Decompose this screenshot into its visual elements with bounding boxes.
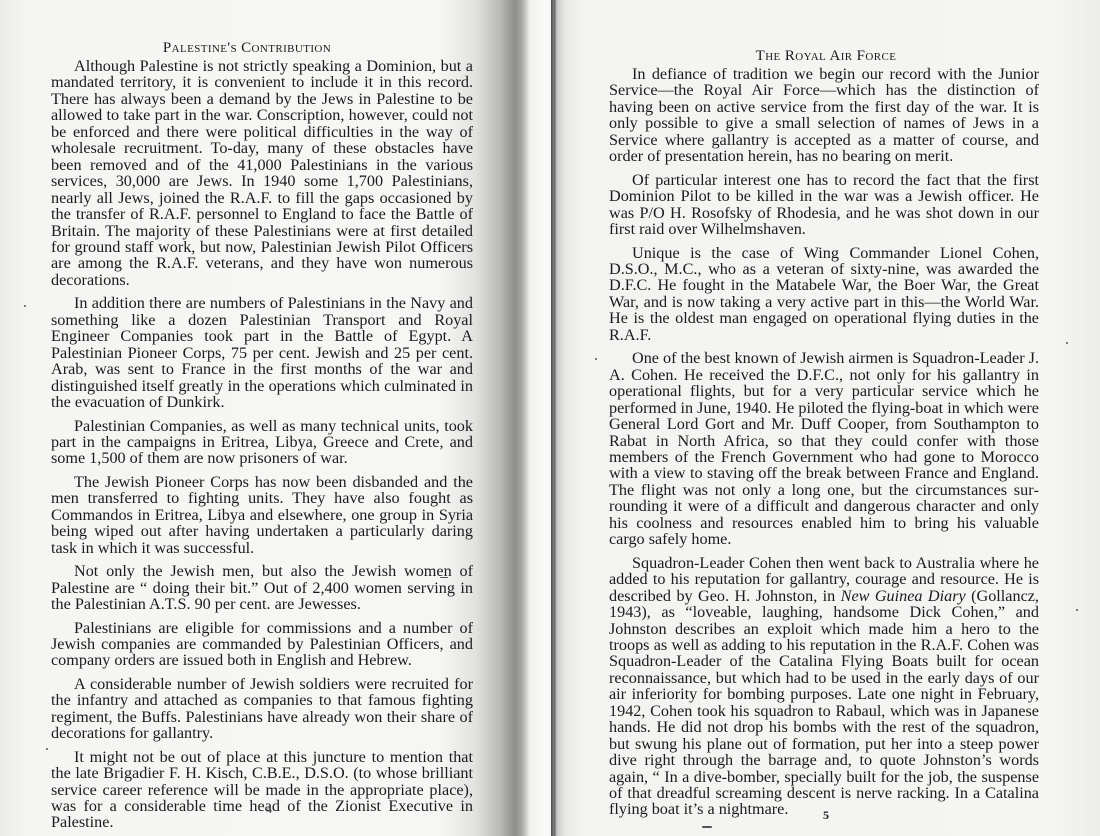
paragraph: Not only the Jewish men, but also the Je… bbox=[51, 563, 473, 612]
page-number-right: 5 bbox=[823, 808, 829, 823]
book-spread: Palestine's Contribution Although Palest… bbox=[0, 0, 1100, 836]
print-speck bbox=[595, 358, 597, 360]
right-page-text: The Royal Air Force In defiance of tradi… bbox=[609, 48, 1039, 825]
paragraph-text: (Gollancz, 1943), as “loveable, laughing… bbox=[609, 587, 1039, 819]
paragraph: Palestinians are eligible for commission… bbox=[51, 620, 473, 669]
page-number-left: 4 bbox=[266, 802, 272, 817]
paragraph: A considerable number of Jewish soldiers… bbox=[51, 676, 473, 742]
binding-fold bbox=[551, 0, 554, 836]
paragraph: The Jewish Pioneer Corps has now been di… bbox=[51, 474, 473, 556]
print-speck bbox=[46, 748, 48, 750]
book-title: New Guinea Diary bbox=[841, 587, 966, 605]
left-page-text: Palestine's Contribution Although Palest… bbox=[51, 40, 473, 836]
print-speck bbox=[1076, 609, 1078, 611]
print-speck bbox=[702, 826, 712, 828]
paragraph: Squadron-Leader Cohen then went back to … bbox=[609, 555, 1039, 818]
paragraph: One of the best known of Jewish airmen i… bbox=[609, 350, 1039, 547]
print-speck bbox=[440, 577, 448, 578]
paragraph: Palestinian Companies, as well as many t… bbox=[51, 418, 473, 467]
print-speck bbox=[24, 305, 26, 307]
paragraph: It might not be out of place at this jun… bbox=[51, 749, 473, 831]
paragraph: In addition there are numbers of Palesti… bbox=[51, 295, 473, 410]
paragraph: Although Palestine is not strictly speak… bbox=[51, 58, 473, 288]
paragraph: Unique is the case of Wing Commander Lio… bbox=[609, 245, 1039, 344]
paragraph: In defiance of tradition we begin our re… bbox=[609, 66, 1039, 165]
print-speck bbox=[1066, 342, 1068, 344]
paragraph: Of particular interest one has to record… bbox=[609, 172, 1039, 238]
section-heading-palestine: Palestine's Contribution bbox=[51, 40, 473, 56]
section-heading-raf: The Royal Air Force bbox=[609, 48, 1039, 64]
